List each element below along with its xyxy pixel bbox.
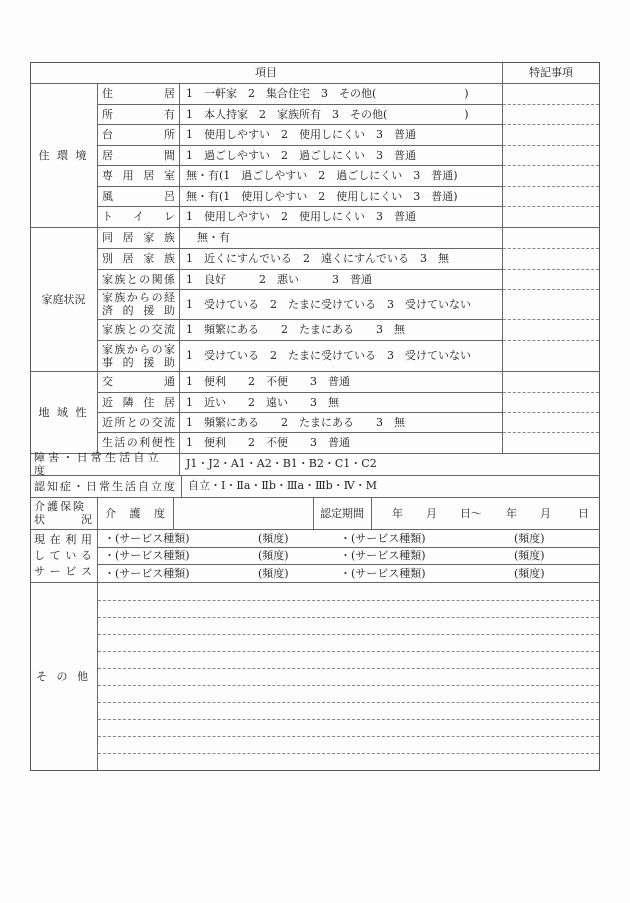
other-label: そ の 他: [30, 582, 97, 771]
service-a-freq-2[interactable]: (頻度): [258, 564, 289, 582]
service-b-freq-2[interactable]: (頻度): [514, 564, 545, 582]
family-label-5: 家族からの家事的援助: [102, 341, 175, 370]
family-notes-5[interactable]: [503, 341, 599, 370]
housing-notes-4[interactable]: [503, 166, 599, 185]
care-level-field[interactable]: [174, 498, 313, 528]
housing-value-0[interactable]: 1 一軒家 2 集合住宅 3 その他( ): [186, 83, 469, 104]
housing-label-2: 台所: [102, 124, 175, 145]
family-value-2[interactable]: 1 良好 2 悪い 3 普通: [186, 269, 372, 289]
period-field-2[interactable]: 日～: [460, 497, 482, 529]
service-a-type-1[interactable]: ・(サービス種類): [104, 547, 190, 564]
service-b-type-1[interactable]: ・(サービス種類): [340, 547, 426, 564]
housing-label-6: トイレ: [102, 206, 175, 227]
housing-value-5[interactable]: 無・有(1 使用しやすい 2 使用しにくい 3 普通): [186, 186, 458, 206]
period-field-4[interactable]: 月: [540, 497, 551, 529]
community-label-1: 近隣住居: [102, 392, 175, 412]
housing-notes-6[interactable]: [503, 207, 599, 226]
family-value-5[interactable]: 1 受けている 2 たまに受けている 3 受けていない: [186, 340, 471, 371]
service-b-type-0[interactable]: ・(サービス種類): [340, 529, 426, 547]
community-value-3[interactable]: 1 便利 2 不便 3 普通: [186, 432, 350, 453]
family-notes-2[interactable]: [503, 270, 599, 288]
housing-notes-2[interactable]: [503, 125, 599, 144]
community-value-0[interactable]: 1 便利 2 不便 3 普通: [186, 371, 350, 392]
housing-notes-5[interactable]: [503, 187, 599, 205]
housing-label-5: 風呂: [102, 186, 175, 206]
family-value-0[interactable]: 無・有: [186, 227, 230, 248]
disability-label: 障害・日常生活自立度: [34, 453, 174, 475]
period-field-5[interactable]: 日: [578, 497, 589, 529]
community-notes-2[interactable]: [503, 413, 599, 431]
care-level-label: 介護度: [105, 497, 165, 529]
header-item: 項目: [30, 66, 502, 80]
section-housing-label: 住 環 境: [30, 83, 97, 227]
family-label-0: 同居家族: [102, 227, 175, 248]
insurance-label: 介護保険 状況: [34, 497, 92, 529]
other-field[interactable]: [98, 583, 599, 770]
community-notes-3[interactable]: [503, 433, 599, 452]
family-label-2: 家族との関係: [102, 269, 175, 289]
period-field-3[interactable]: 年: [506, 497, 517, 529]
housing-value-4[interactable]: 無・有(1 過ごしやすい 2 過ごしにくい 3 普通): [186, 165, 458, 186]
section-family-label: 家庭状況: [30, 227, 97, 371]
family-notes-3[interactable]: [503, 290, 599, 318]
family-notes-1[interactable]: [503, 249, 599, 268]
family-label-4: 家族との交流: [102, 319, 175, 340]
dementia-value[interactable]: 自立・Ⅰ・Ⅱa・Ⅱb・Ⅲa・Ⅲb・Ⅳ・M: [188, 479, 377, 493]
period-field-0[interactable]: 年: [392, 497, 403, 529]
period-field-1[interactable]: 月: [426, 497, 437, 529]
dementia-label: 認知症・日常生活自立度: [34, 475, 177, 497]
disability-value[interactable]: J1・J2・A1・A2・B1・B2・C1・C2: [186, 457, 377, 471]
housing-value-2[interactable]: 1 使用しやすい 2 使用しにくい 3 普通: [186, 124, 416, 145]
housing-label-3: 居間: [102, 145, 175, 165]
housing-value-1[interactable]: 1 本人持家 2 家族所有 3 その他( ): [186, 104, 469, 124]
insurance-label-2: 状況: [34, 513, 92, 526]
service-a-type-2[interactable]: ・(サービス種類): [104, 564, 190, 582]
community-value-2[interactable]: 1 頻繁にある 2 たまにある 3 無: [186, 412, 405, 432]
community-label-0: 交通: [102, 371, 175, 392]
housing-label-4: 専用居室: [102, 165, 175, 186]
community-notes-1[interactable]: [503, 393, 599, 411]
service-b-freq-0[interactable]: (頻度): [514, 529, 545, 547]
service-b-freq-1[interactable]: (頻度): [514, 547, 545, 564]
family-label-3: 家族からの経済的援助: [102, 290, 175, 318]
service-a-freq-0[interactable]: (頻度): [258, 529, 289, 547]
header-notes: 特記事項: [502, 66, 600, 80]
housing-label-0: 住居: [102, 83, 175, 104]
family-label-1: 別居家族: [102, 248, 175, 269]
services-label: 現在利用しているサービス: [34, 531, 92, 581]
family-value-4[interactable]: 1 頻繁にある 2 たまにある 3 無: [186, 319, 405, 340]
housing-notes-3[interactable]: [503, 146, 599, 164]
service-a-freq-1[interactable]: (頻度): [258, 547, 289, 564]
family-value-3[interactable]: 1 受けている 2 たまに受けている 3 受けていない: [186, 289, 471, 319]
family-notes-0[interactable]: [503, 228, 599, 247]
housing-notes-1[interactable]: [503, 105, 599, 123]
service-b-type-2[interactable]: ・(サービス種類): [340, 564, 426, 582]
service-a-type-0[interactable]: ・(サービス種類): [104, 529, 190, 547]
community-notes-0[interactable]: [503, 372, 599, 391]
family-value-1[interactable]: 1 近くにすんでいる 2 遠くにすんでいる 3 無: [186, 248, 449, 269]
period-label: 認定期間: [313, 497, 371, 529]
housing-label-1: 所有: [102, 104, 175, 124]
family-notes-4[interactable]: [503, 320, 599, 339]
community-value-1[interactable]: 1 近い 2 遠い 3 無: [186, 392, 339, 412]
community-label-3: 生活の利便性: [102, 432, 175, 453]
community-label-2: 近所との交流: [102, 412, 175, 432]
housing-value-6[interactable]: 1 使用しやすい 2 使用しにくい 3 普通: [186, 206, 416, 227]
housing-notes-0[interactable]: [503, 84, 599, 103]
section-community-label: 地 域 性: [30, 371, 97, 453]
housing-value-3[interactable]: 1 過ごしやすい 2 過ごしにくい 3 普通: [186, 145, 416, 165]
